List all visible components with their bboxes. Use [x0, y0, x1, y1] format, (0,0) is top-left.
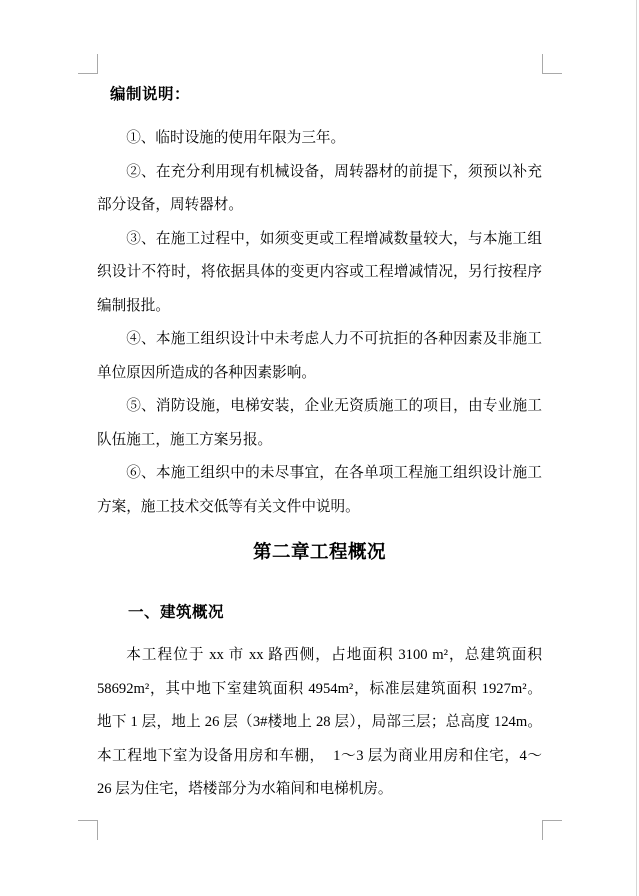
text-line: 单位原因所造成的各种因素影响。	[97, 357, 542, 391]
crop-mark-top-left-icon	[78, 54, 98, 74]
text-line: 编制报批。	[97, 290, 542, 324]
text-line: 本工程位于 xx 市 xx 路西侧，占地面积 3100 m²，总建筑面积	[97, 639, 542, 673]
chapter-title: 第二章工程概况	[97, 540, 542, 566]
text-line: 部分设备，周转器材。	[97, 189, 542, 223]
text-line: ③、在施工过程中，如须变更或工程增减数量较大，与本施工组	[97, 223, 542, 257]
notes-block: ①、临时设施的使用年限为三年。②、在充分利用现有机械设备，周转器材的前提下，须预…	[97, 122, 542, 524]
overview-block: 本工程位于 xx 市 xx 路西侧，占地面积 3100 m²，总建筑面积5869…	[97, 639, 542, 807]
text-line: 本工程地下室为设备用房和车棚， 1～3 层为商业用房和住宅，4～	[97, 740, 542, 774]
text-line: ①、临时设施的使用年限为三年。	[97, 122, 542, 156]
text-line: 织设计不符时，将依据具体的变更内容或工程增减情况，另行按程序	[97, 256, 542, 290]
page-right-edge	[636, 0, 637, 896]
crop-mark-bottom-right-icon	[542, 820, 562, 840]
text-line: ⑤、消防设施，电梯安装，企业无资质施工的项目，由专业施工	[97, 390, 542, 424]
section-title: 一、建筑概况	[97, 602, 542, 624]
text-line: 队伍施工，施工方案另报。	[97, 424, 542, 458]
text-line: ⑥、本施工组织中的未尽事宜，在各单项工程施工组织设计施工	[97, 457, 542, 491]
intro-heading: 编制说明：	[97, 84, 542, 105]
crop-mark-top-right-icon	[542, 54, 562, 74]
crop-mark-bottom-left-icon	[78, 820, 98, 840]
document-page: 编制说明： ①、临时设施的使用年限为三年。②、在充分利用现有机械设备，周转器材的…	[0, 0, 639, 896]
text-line: 地下 1 层，地上 26 层（3#楼地上 28 层），局部三层；总高度 124m…	[97, 706, 542, 740]
text-line: 58692m²，其中地下室建筑面积 4954m²，标准层建筑面积 1927m²。	[97, 673, 542, 707]
text-line: 26 层为住宅，塔楼部分为水箱间和电梯机房。	[97, 773, 542, 807]
text-line: 方案，施工技术交低等有关文件中说明。	[97, 491, 542, 525]
text-line: ④、本施工组织设计中未考虑人力不可抗拒的各种因素及非施工	[97, 323, 542, 357]
text-line: ②、在充分利用现有机械设备，周转器材的前提下，须预以补充	[97, 156, 542, 190]
